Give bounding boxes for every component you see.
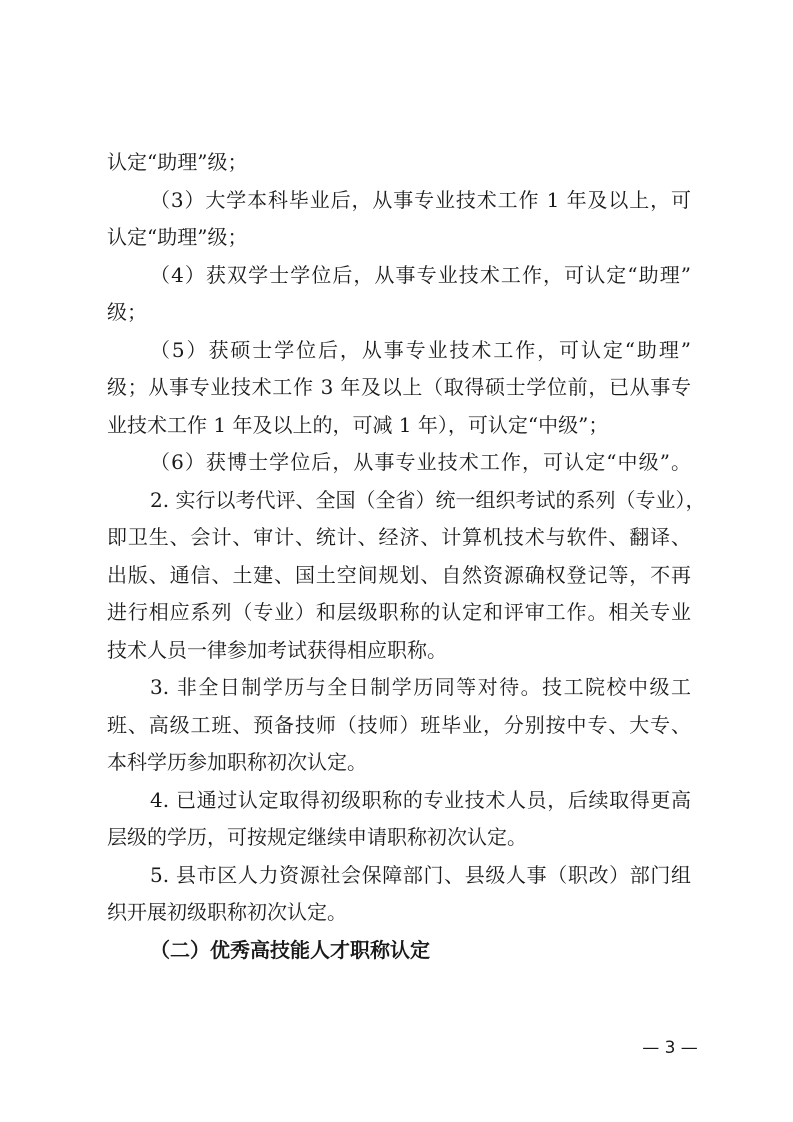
text-line-19: 层级的学历，可按规定继续申请职称初次认定。 (107, 819, 691, 857)
text-line-1: 认定“助理”级； (107, 144, 691, 182)
text-line-17: 本科学历参加职称初次认定。 (107, 744, 691, 782)
text-line-10: 2. 实行以考代评、全国（全省）统一组织考试的系列（专业）， (107, 482, 691, 520)
text-line-12: 出版、通信、土建、国土空间规划、自然资源确权登记等，不再 (107, 557, 691, 595)
text-line-18: 4. 已通过认定取得初级职称的专业技术人员，后续取得更高 (107, 782, 691, 820)
text-line-21: 织开展初级职称初次认定。 (107, 894, 691, 932)
text-line-16: 班、高级工班、预备技师（技师）班毕业，分别按中专、大专、 (107, 707, 691, 745)
text-line-5: 级； (107, 294, 691, 332)
document-body: 认定“助理”级； （3）大学本科毕业后，从事专业技术工作 1 年及以上，可 认定… (107, 144, 691, 969)
text-line-15: 3. 非全日制学历与全日制学历同等对待。技工院校中级工 (107, 669, 691, 707)
text-line-3: 认定“助理”级； (107, 219, 691, 257)
text-line-2: （3）大学本科毕业后，从事专业技术工作 1 年及以上，可 (107, 182, 691, 220)
text-line-13: 进行相应系列（专业）和层级职称的认定和评审工作。相关专业 (107, 594, 691, 632)
page-number: — 3 — (640, 1038, 700, 1058)
document-page: 认定“助理”级； （3）大学本科毕业后，从事专业技术工作 1 年及以上，可 认定… (0, 0, 793, 1122)
text-line-14: 技术人员一律参加考试获得相应职称。 (107, 632, 691, 670)
text-line-6: （5）获硕士学位后，从事专业技术工作，可认定“助理” (107, 332, 691, 370)
text-line-7: 级；从事专业技术工作 3 年及以上（取得硕士学位前，已从事专 (107, 369, 691, 407)
text-line-9: （6）获博士学位后，从事专业技术工作，可认定“中级”。 (107, 444, 691, 482)
section-heading: （二）优秀高技能人才职称认定 (107, 932, 691, 970)
text-line-11: 即卫生、会计、审计、统计、经济、计算机技术与软件、翻译、 (107, 519, 691, 557)
text-line-20: 5. 县市区人力资源社会保障部门、县级人事（职改）部门组 (107, 857, 691, 895)
text-line-4: （4）获双学士学位后，从事专业技术工作，可认定“助理” (107, 257, 691, 295)
text-line-8: 业技术工作 1 年及以上的，可减 1 年），可认定“中级”； (107, 407, 691, 445)
